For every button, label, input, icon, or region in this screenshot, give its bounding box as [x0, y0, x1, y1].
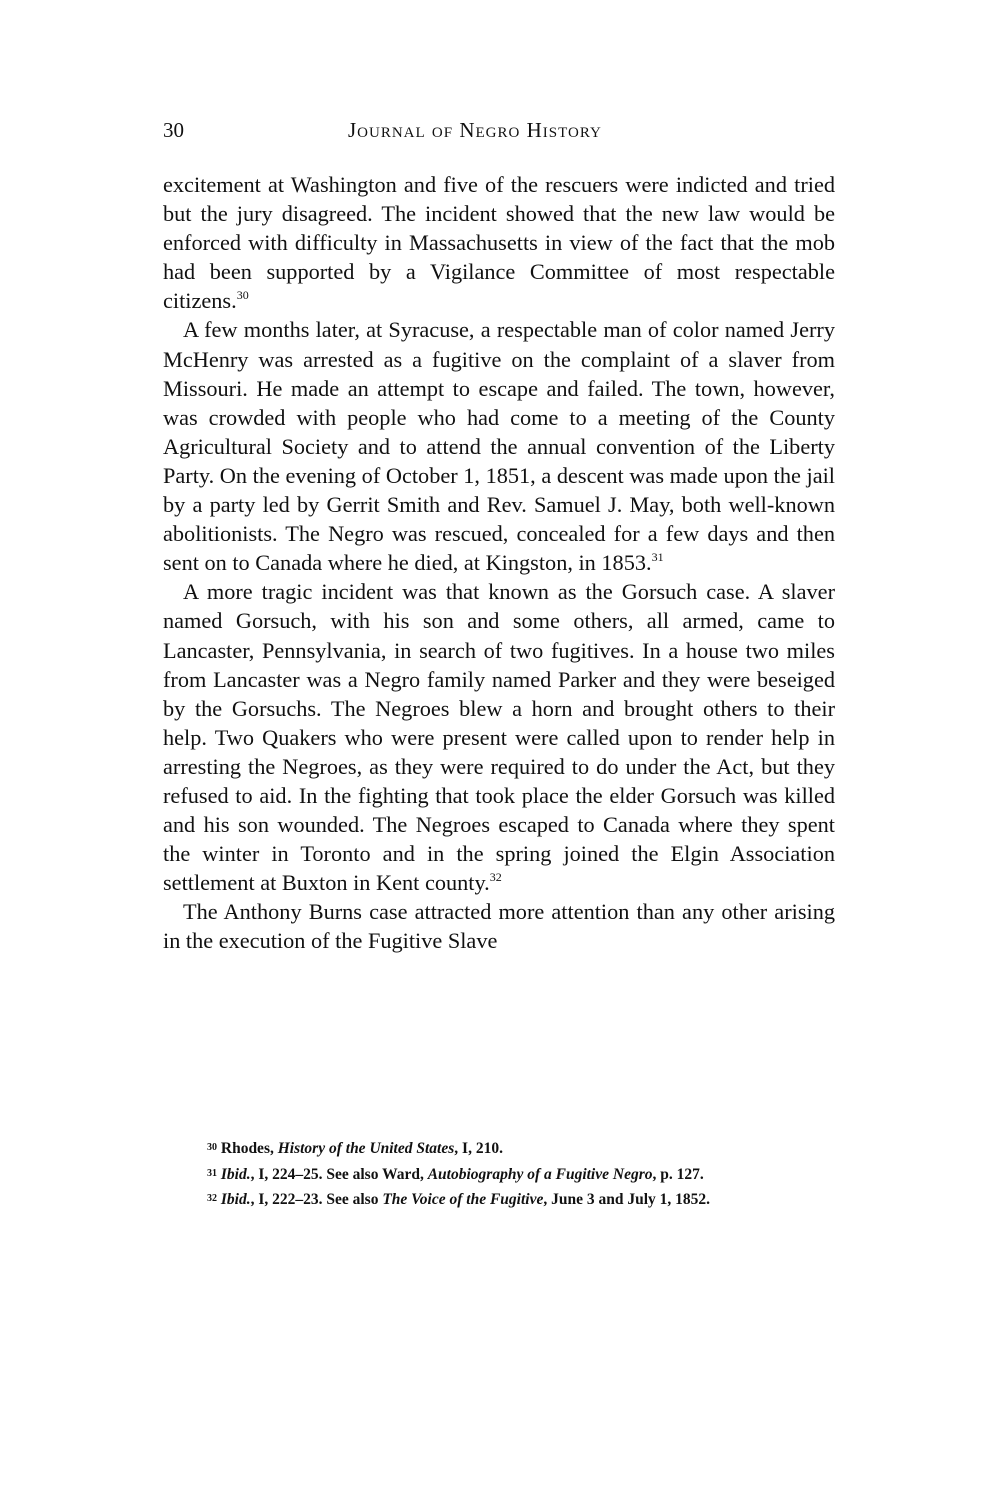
footnote-title: History of the United States	[278, 1140, 455, 1157]
footnote: 30 Rhodes, History of the United States,…	[163, 1136, 835, 1162]
paragraph: excitement at Washington and five of the…	[163, 170, 835, 315]
footnote-title: Autobiography of a Fugitive Negro	[428, 1166, 653, 1183]
journal-title: Journal of Negro History	[348, 118, 602, 143]
footnote-ref: 32	[490, 870, 502, 884]
paragraph: A more tragic incident was that known as…	[163, 577, 835, 897]
footnote-number: 30	[207, 1142, 217, 1153]
footnotes: 30 Rhodes, History of the United States,…	[163, 1136, 835, 1213]
running-head: 30 Journal of Negro History	[163, 118, 835, 148]
page-number: 30	[163, 118, 184, 143]
paragraph-text: A few months later, at Syracuse, a respe…	[163, 317, 835, 575]
paragraph: A few months later, at Syracuse, a respe…	[163, 315, 835, 577]
body-text: excitement at Washington and five of the…	[163, 170, 835, 956]
footnote-text: , June 3 and July 1, 1852.	[543, 1191, 710, 1208]
paragraph-text: A more tragic incident was that known as…	[163, 579, 835, 895]
footnote-text: , p. 127.	[652, 1166, 703, 1183]
footnote: 31 Ibid., I, 224–25. See also Ward, Auto…	[163, 1162, 835, 1188]
footnote: 32 Ibid., I, 222–23. See also The Voice …	[163, 1187, 835, 1213]
footnote-text: , I, 224–25. See also Ward,	[251, 1166, 428, 1183]
footnote-number: 31	[207, 1168, 217, 1179]
footnote-text: , I, 222–23. See also	[251, 1191, 383, 1208]
paragraph-text: excitement at Washington and five of the…	[163, 172, 835, 313]
footnote-title: The Voice of the Fugitive	[382, 1191, 543, 1208]
paragraph: The Anthony Burns case attracted more at…	[163, 897, 835, 955]
footnote-ibid: Ibid.	[221, 1191, 251, 1208]
footnote-text: , I, 210.	[454, 1140, 503, 1157]
paragraph-text: The Anthony Burns case attracted more at…	[163, 899, 835, 953]
footnote-ref: 30	[237, 288, 249, 302]
footnote-number: 32	[207, 1193, 217, 1204]
footnote-text: Rhodes,	[221, 1140, 278, 1157]
footnote-ibid: Ibid.	[221, 1166, 251, 1183]
footnote-ref: 31	[652, 550, 664, 564]
